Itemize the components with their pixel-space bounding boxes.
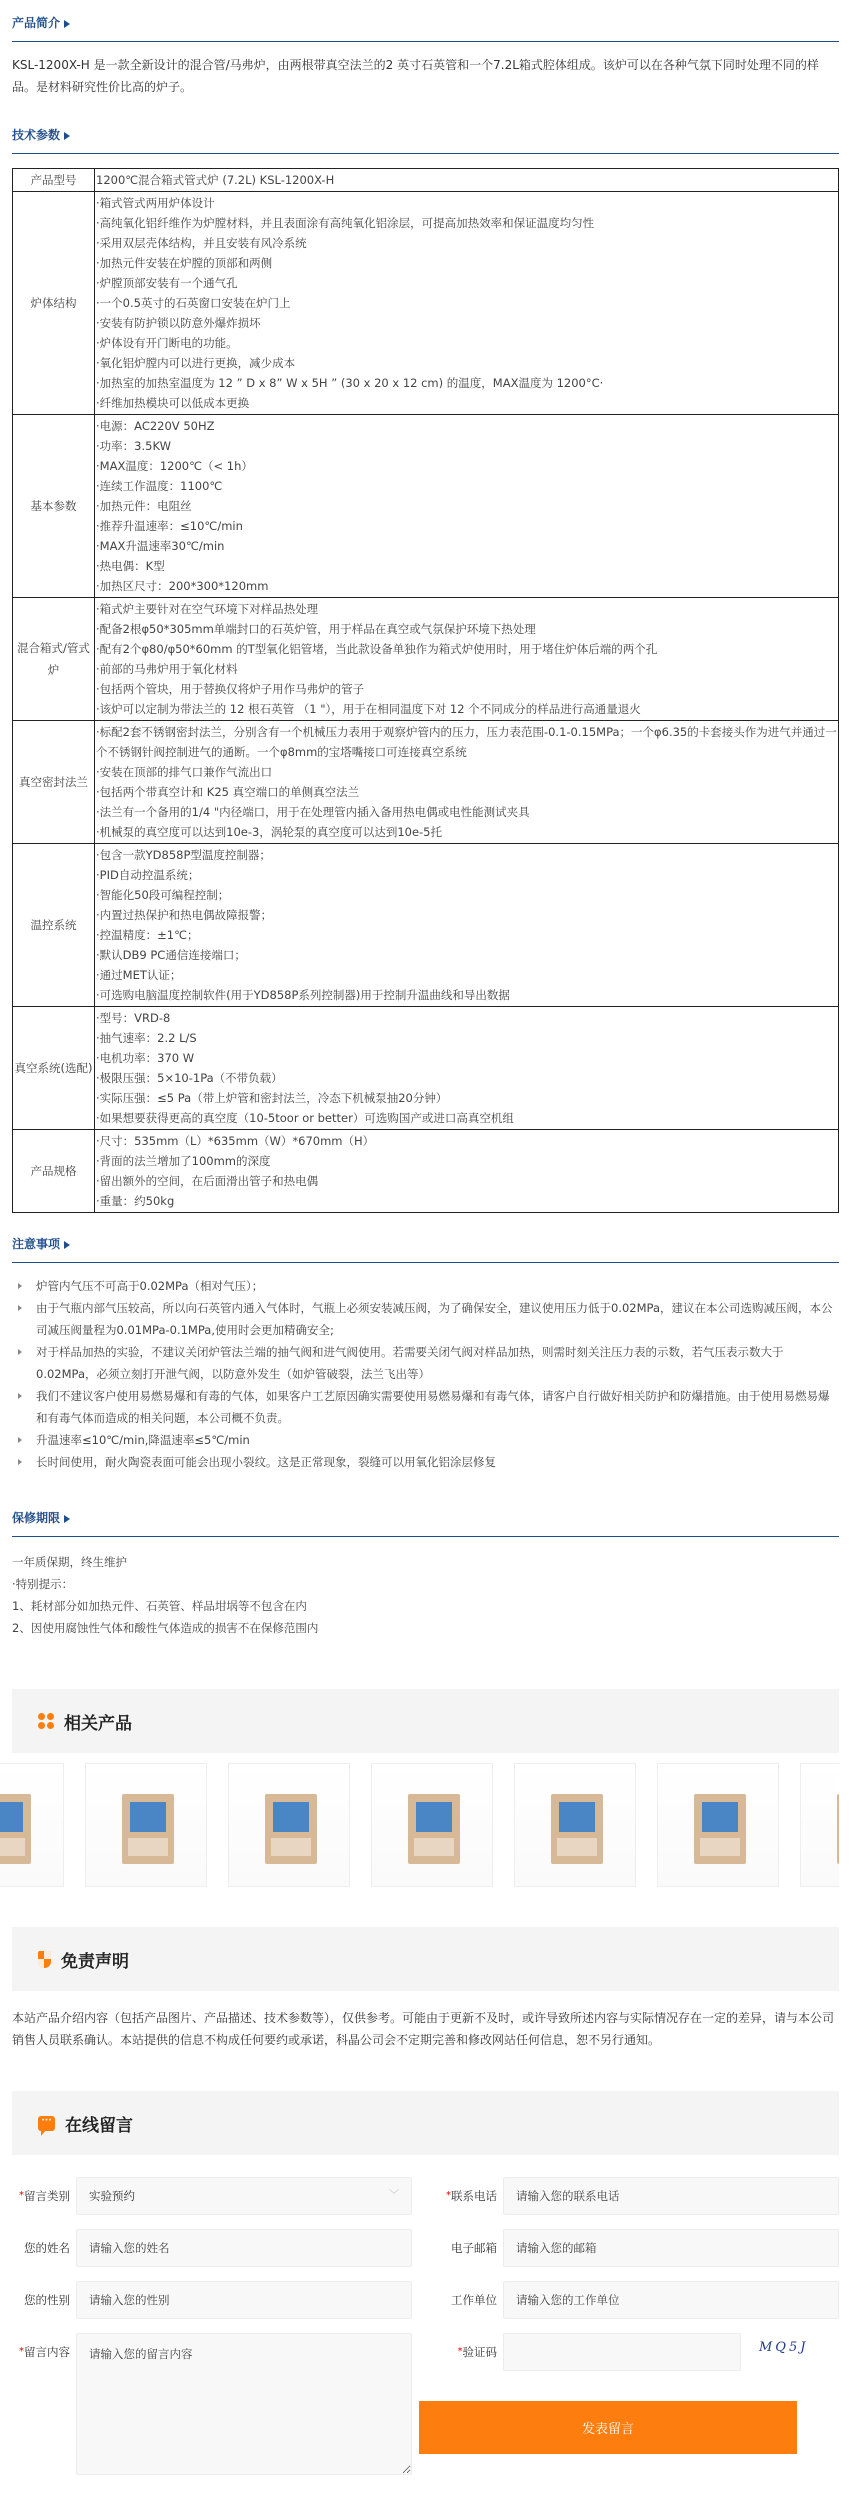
chevron-down-icon: ﹀ <box>389 2178 399 2214</box>
spec-item: ·前部的马弗炉用于氧化材料 <box>96 659 837 679</box>
message-form-header: ··· 在线留言 <box>12 2091 839 2155</box>
spec-item: ·默认DB9 PC通信连接端口； <box>96 945 837 965</box>
spec-item: ·机械泵的真空度可以达到10e-3，涡轮泵的真空度可以达到10e-5托 <box>96 822 837 842</box>
spec-item: ·炉体设有开门断电的功能。 <box>96 333 837 353</box>
spec-item: ·型号：VRD-8 <box>96 1008 837 1028</box>
section-title: 注意事项 <box>12 1237 60 1251</box>
list-item: 升温速率≤10℃/min,降温速率≤5℃/min <box>12 1429 839 1451</box>
captcha-label: *验证码 <box>439 2333 503 2371</box>
spec-item: ·推荐升温速率：≤10℃/min <box>96 516 837 536</box>
spec-item: ·配备2根φ50*305mm单端封口的石英炉管，用于样品在真空或气氛保护环境下热… <box>96 619 837 639</box>
spec-value: ·箱式炉主要针对在空气环境下对样品热处理·配备2根φ50*305mm单端封口的石… <box>95 598 839 721</box>
spec-item: ·包括两个管块，用于替换仅将炉子用作马弗炉的管子 <box>96 679 837 699</box>
spec-item: ·标配2套不锈钢密封法兰，分别含有一个机械压力表用于观察炉管内的压力，压力表范围… <box>96 722 837 762</box>
spec-item: ·法兰有一个备用的1/4 "内径端口，用于在处理管内插入备用热电偶或电性能测试夹… <box>96 802 837 822</box>
spec-item: ·加热区尺寸：200*300*120mm <box>96 576 837 596</box>
email-input[interactable] <box>503 2229 839 2267</box>
section-header-warranty: 保修期限 <box>12 1495 839 1537</box>
product-image[interactable] <box>657 1763 779 1887</box>
shield-icon <box>38 1951 51 1968</box>
spec-item: ·控温精度：±1℃； <box>96 925 837 945</box>
product-image[interactable] <box>0 1763 64 1887</box>
spec-item: ·包含一款YD858P型温度控制器； <box>96 845 837 865</box>
spec-item: ·如果想要获得更高的真空度（10-5toor or better）可选购国产或进… <box>96 1108 837 1128</box>
spec-item: ·尺寸：535mm（L）*635mm（W）*670mm（H） <box>96 1131 837 1151</box>
spec-label: 产品规格 <box>13 1130 95 1213</box>
message-label: *留言内容 <box>12 2333 76 2371</box>
spec-value: ·型号：VRD-8·抽气速率：2.2 L/S·电机功率：370 W·极限压强：5… <box>95 1007 839 1130</box>
spec-item: ·连续工作温度：1100℃ <box>96 476 837 496</box>
spec-item: ·实际压强：≤5 Pa（带上炉管和密封法兰，冷态下机械泵抽20分钟） <box>96 1088 837 1108</box>
clover-icon <box>38 1713 54 1729</box>
table-row: 真空系统(选配)·型号：VRD-8·抽气速率：2.2 L/S·电机功率：370 … <box>13 1007 839 1130</box>
section-header-notes: 注意事项 <box>12 1221 839 1263</box>
spec-label: 基本参数 <box>13 415 95 598</box>
spec-value: ·电源：AC220V 50HZ·功率：3.5KW·MAX温度：1200℃（< 1… <box>95 415 839 598</box>
section-title: 保修期限 <box>12 1511 60 1525</box>
captcha-image[interactable]: MQ5J <box>759 2333 808 2363</box>
spec-label: 炉体结构 <box>13 192 95 415</box>
product-card[interactable]: 1200℃多功能实验... <box>514 1763 645 1893</box>
spec-item: ·配有2个φ80/φ50*60mm 的T型氧化铝管堵，当此款设备单独作为箱式炉使… <box>96 639 837 659</box>
arrow-right-icon <box>64 1515 70 1523</box>
spec-item: ·热电偶：K型 <box>96 556 837 576</box>
spec-label: 真空系统(选配) <box>13 1007 95 1130</box>
company-label: 工作单位 <box>439 2281 503 2319</box>
table-row: 混合箱式/管式炉·箱式炉主要针对在空气环境下对样品热处理·配备2根φ50*305… <box>13 598 839 721</box>
arrow-right-icon <box>64 132 70 140</box>
spec-label: 温控系统 <box>13 844 95 1007</box>
spec-item: ·功率：3.5KW <box>96 436 837 456</box>
spec-item: ·安装有防护锁以防意外爆炸损坏 <box>96 313 837 333</box>
spec-item: ·一个0.5英寸的石英窗口安装在炉门上 <box>96 293 837 313</box>
product-card[interactable]: 1700℃混合料（1.7L... <box>228 1763 359 1893</box>
table-row: 炉体结构·箱式管式两用炉体设计·高纯氧化铝纤维作为炉膛材料，并且表面涂有高纯氧化… <box>13 192 839 415</box>
gender-input[interactable] <box>76 2281 412 2319</box>
spec-item: ·纤维加热模块可以低成本更换 <box>96 393 837 413</box>
arrow-right-icon <box>64 1241 70 1249</box>
list-item: 由于气瓶内部气压较高，所以向石英管内通入气体时，气瓶上必须安装减压阀，为了确保安… <box>12 1297 839 1341</box>
spec-item: ·MAX升温速率30℃/min <box>96 536 837 556</box>
section-title: 技术参数 <box>12 128 60 142</box>
email-label: 电子邮箱 <box>439 2229 503 2267</box>
table-row: 产品型号 1200℃混合箱式管式炉 (7.2L) KSL-1200X-H <box>13 169 839 192</box>
spec-value: 1200℃混合箱式管式炉 (7.2L) KSL-1200X-H <box>95 169 839 192</box>
spec-item: ·背面的法兰增加了100mm的深度 <box>96 1151 837 1171</box>
panel-title: 相关产品 <box>64 1709 132 1734</box>
spec-table: 产品型号 1200℃混合箱式管式炉 (7.2L) KSL-1200X-H 炉体结… <box>12 168 839 1213</box>
product-card[interactable]: 1500℃混合炉（1.7L... <box>371 1763 502 1893</box>
form-row-category: *留言类别 实验预约﹀ <box>12 2177 412 2215</box>
phone-input[interactable] <box>503 2177 839 2215</box>
form-row-email: 电子邮箱 <box>439 2229 839 2267</box>
disclaimer-header: 免责声明 <box>12 1927 839 1991</box>
spec-item: ·MAX温度：1200℃（< 1h） <box>96 456 837 476</box>
spec-item: ·通过MET认证； <box>96 965 837 985</box>
spec-item: ·采用双层壳体结构，并且安装有风冷系统 <box>96 233 837 253</box>
spec-item: ·高纯氧化铝纤维作为炉膛材料，并且表面涂有高纯氧化铝涂层，可提高加热效率和保证温… <box>96 213 837 233</box>
section-title: 产品简介 <box>12 16 60 30</box>
table-row: 真空密封法兰·标配2套不锈钢密封法兰，分别含有一个机械压力表用于观察炉管内的压力… <box>13 721 839 844</box>
spec-label: 混合箱式/管式炉 <box>13 598 95 721</box>
warranty-text: 一年质保期，终生维护 ·特别提示： 1、耗材部分如加热元件、石英管、样品坩埚等不… <box>12 1537 839 1639</box>
form-row-gender: 您的性别 <box>12 2281 412 2319</box>
spec-item: ·内置过热保护和热电偶故障报警； <box>96 905 837 925</box>
spec-value: ·标配2套不锈钢密封法兰，分别含有一个机械压力表用于观察炉管内的压力，压力表范围… <box>95 721 839 844</box>
related-products-header: 相关产品 <box>12 1689 839 1753</box>
product-card[interactable]: 1000℃混 <box>800 1763 839 1893</box>
product-image[interactable] <box>371 1763 493 1887</box>
spec-item: ·箱式管式两用炉体设计 <box>96 193 837 213</box>
captcha-input[interactable] <box>503 2333 741 2371</box>
submit-message-button[interactable]: 发表留言 <box>419 2401 797 2454</box>
spec-item: ·可选购电脑温度控制软件(用于YD858P系列控制器)用于控制升温曲线和导出数据 <box>96 985 837 1005</box>
chat-bubble-icon: ··· <box>38 2116 55 2131</box>
spec-item: ·电源：AC220V 50HZ <box>96 416 837 436</box>
gender-label: 您的性别 <box>12 2281 76 2319</box>
spec-label: 产品型号 <box>13 169 95 192</box>
spec-item: ·PID自动控温系统； <box>96 865 837 885</box>
category-label: *留言类别 <box>12 2177 76 2215</box>
form-row-message: *留言内容 <box>12 2333 412 2475</box>
product-card[interactable]: 高温箱式管式混合炉... <box>85 1763 216 1893</box>
product-card[interactable]: …热重分… <box>0 1763 73 1893</box>
list-item: 炉管内气压不可高于0.02MPa（相对气压）； <box>12 1275 839 1297</box>
list-item: 长时间使用，耐火陶瓷表面可能会出现小裂纹。这是正常现象，裂缝可以用氧化铝涂层修复 <box>12 1451 839 1473</box>
form-row-captcha: *验证码 MQ5J <box>439 2333 839 2371</box>
panel-title: 免责声明 <box>61 1947 129 1972</box>
notes-list: 炉管内气压不可高于0.02MPa（相对气压）； 由于气瓶内部气压较高，所以向石英… <box>12 1263 839 1481</box>
section-header-intro: 产品简介 <box>12 0 839 42</box>
spec-item: ·重量：约50kg <box>96 1191 837 1211</box>
message-form: *留言类别 实验预约﹀ *联系电话 您的姓名 电子邮箱 您的性别 工作单位 *留… <box>12 2177 839 2475</box>
product-card[interactable]: 1200℃混合箱式管... <box>657 1763 788 1893</box>
spec-item: ·箱式炉主要针对在空气环境下对样品热处理 <box>96 599 837 619</box>
spec-item: ·包括两个带真空计和 K25 真空端口的单侧真空法兰 <box>96 782 837 802</box>
name-input[interactable] <box>76 2229 412 2267</box>
table-row: 温控系统·包含一款YD858P型温度控制器；·PID自动控温系统；·智能化50段… <box>13 844 839 1007</box>
list-item: 对于样品加热的实验，不建议关闭炉管法兰端的抽气阀和进气阀使用。若需要关闭气阀对样… <box>12 1341 839 1385</box>
name-label: 您的姓名 <box>12 2229 76 2267</box>
intro-text: KSL-1200X-H 是一款全新设计的混合管/马弗炉，由两根带真空法兰的2 英… <box>12 42 839 112</box>
form-row-company: 工作单位 <box>439 2281 839 2319</box>
spec-item: ·加热室的加热室温度为 12 ” D x 8” W x 5H ” (30 x 2… <box>96 373 837 393</box>
product-image[interactable] <box>514 1763 636 1887</box>
table-row: 产品规格·尺寸：535mm（L）*635mm（W）*670mm（H）·背面的法兰… <box>13 1130 839 1213</box>
spec-item: ·安装在顶部的排气口兼作气流出口 <box>96 762 837 782</box>
panel-title: 在线留言 <box>65 2111 133 2136</box>
spec-item: ·电机功率：370 W <box>96 1048 837 1068</box>
product-image[interactable] <box>800 1763 839 1887</box>
spec-item: ·留出额外的空间，在后面滑出管子和热电偶 <box>96 1171 837 1191</box>
phone-label: *联系电话 <box>439 2177 503 2215</box>
spec-value: ·包含一款YD858P型温度控制器；·PID自动控温系统；·智能化50段可编程控… <box>95 844 839 1007</box>
list-item: 我们不建议客户使用易燃易爆和有毒的气体，如果客户工艺原因确实需要使用易燃易爆和有… <box>12 1385 839 1429</box>
disclaimer-text: 本站产品介绍内容（包括产品图片、产品描述、技术参数等），仅供参考。可能由于更新不… <box>12 1991 839 2051</box>
spec-value: ·尺寸：535mm（L）*635mm（W）*670mm（H）·背面的法兰增加了1… <box>95 1130 839 1213</box>
spec-item: ·氧化铝炉膛内可以进行更换，减少成本 <box>96 353 837 373</box>
form-row-name: 您的姓名 <box>12 2229 412 2267</box>
related-products-carousel[interactable]: …热重分… 高温箱式管式混合炉... 1700℃混合料（1.7L... 1500… <box>0 1763 839 1893</box>
spec-item: ·加热元件：电阻丝 <box>96 496 837 516</box>
spec-item: ·炉膛顶部安装有一个通气孔 <box>96 273 837 293</box>
spec-item: ·智能化50段可编程控制； <box>96 885 837 905</box>
spec-value: ·箱式管式两用炉体设计·高纯氧化铝纤维作为炉膛材料，并且表面涂有高纯氧化铝涂层，… <box>95 192 839 415</box>
form-row-phone: *联系电话 <box>439 2177 839 2215</box>
message-textarea[interactable] <box>76 2333 412 2475</box>
product-detail-page: 产品简介 KSL-1200X-H 是一款全新设计的混合管/马弗炉，由两根带真空法… <box>0 0 851 2495</box>
product-image[interactable] <box>85 1763 207 1887</box>
company-input[interactable] <box>503 2281 839 2319</box>
table-row: 基本参数·电源：AC220V 50HZ·功率：3.5KW·MAX温度：1200℃… <box>13 415 839 598</box>
spec-item: ·加热元件安装在炉膛的顶部和两侧 <box>96 253 837 273</box>
form-right-column: *验证码 MQ5J 发表留言 <box>439 2333 839 2475</box>
spec-label: 真空密封法兰 <box>13 721 95 844</box>
arrow-right-icon <box>64 20 70 28</box>
section-header-specs: 技术参数 <box>12 112 839 154</box>
spec-item: ·该炉可以定制为带法兰的 12 根石英管 （1 "），用于在相同温度下对 12 … <box>96 699 837 719</box>
spec-item: ·极限压强：5×10-1Pa（不带负载） <box>96 1068 837 1088</box>
category-select[interactable]: 实验预约﹀ <box>76 2177 412 2215</box>
spec-item: ·抽气速率：2.2 L/S <box>96 1028 837 1048</box>
product-image[interactable] <box>228 1763 350 1887</box>
